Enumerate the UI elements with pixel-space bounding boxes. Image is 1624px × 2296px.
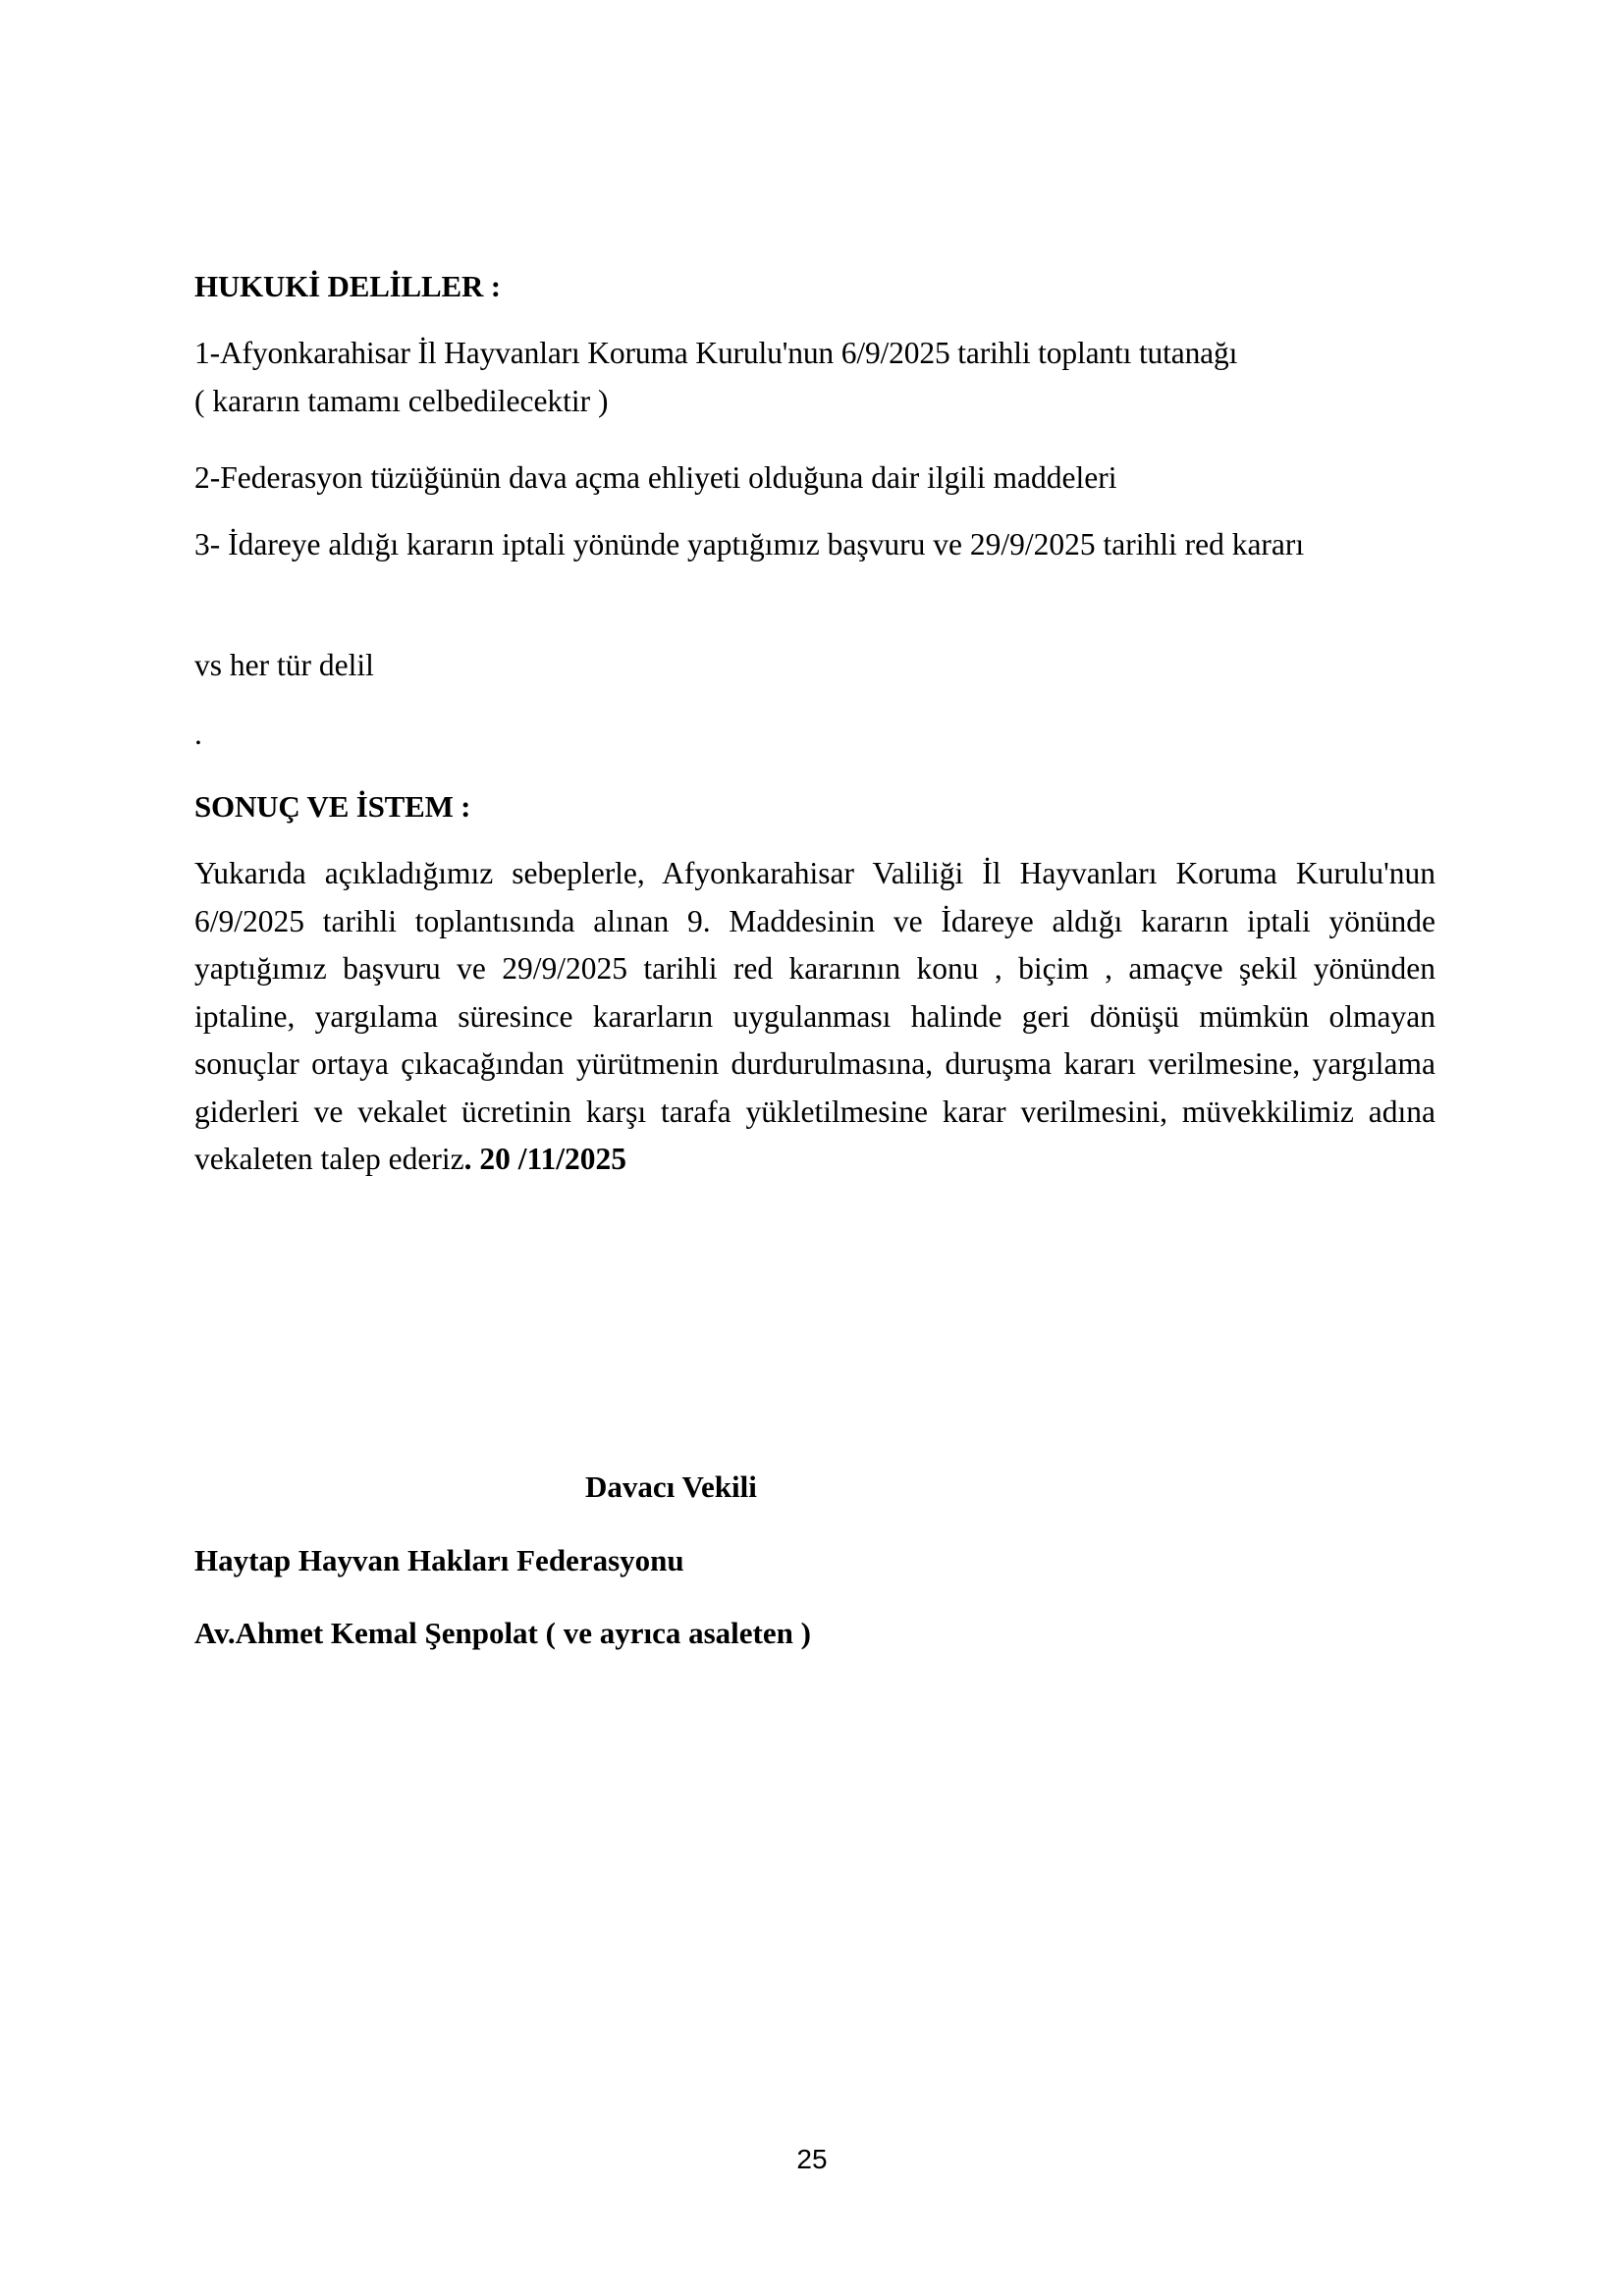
signature-organization: Haytap Hayvan Hakları Federasyonu [194, 1541, 684, 1580]
signature-role: Davacı Vekili [585, 1468, 757, 1507]
conclusion-text: Yukarıda açıkladığımız sebeplerle, Afyon… [194, 856, 1435, 1176]
separator-dot: . [194, 711, 1435, 759]
evidence-item-3: 3- İdareye aldığı kararın iptali yönünde… [194, 521, 1435, 569]
signature-attorney: Av.Ahmet Kemal Şenpolat ( ve ayrıca asal… [194, 1614, 811, 1653]
evidence-other: vs her tür delil [194, 642, 1435, 690]
evidence-item-2: 2-Federasyon tüzüğünün dava açma ehliyet… [194, 454, 1435, 503]
conclusion-heading: SONUÇ VE İSTEM : [194, 787, 470, 827]
evidence-item-1-line-2: ( kararın tamamı celbedilecektir ) [194, 378, 1435, 426]
conclusion-body: Yukarıda açıkladığımız sebeplerle, Afyon… [194, 850, 1435, 1184]
conclusion-date: . 20 /11/2025 [464, 1142, 626, 1176]
evidence-heading: HUKUKİ DELİLLER : [194, 267, 501, 306]
page-number: 25 [0, 2144, 1624, 2175]
evidence-item-1-line-1: 1-Afyonkarahisar İl Hayvanları Koruma Ku… [194, 330, 1435, 378]
